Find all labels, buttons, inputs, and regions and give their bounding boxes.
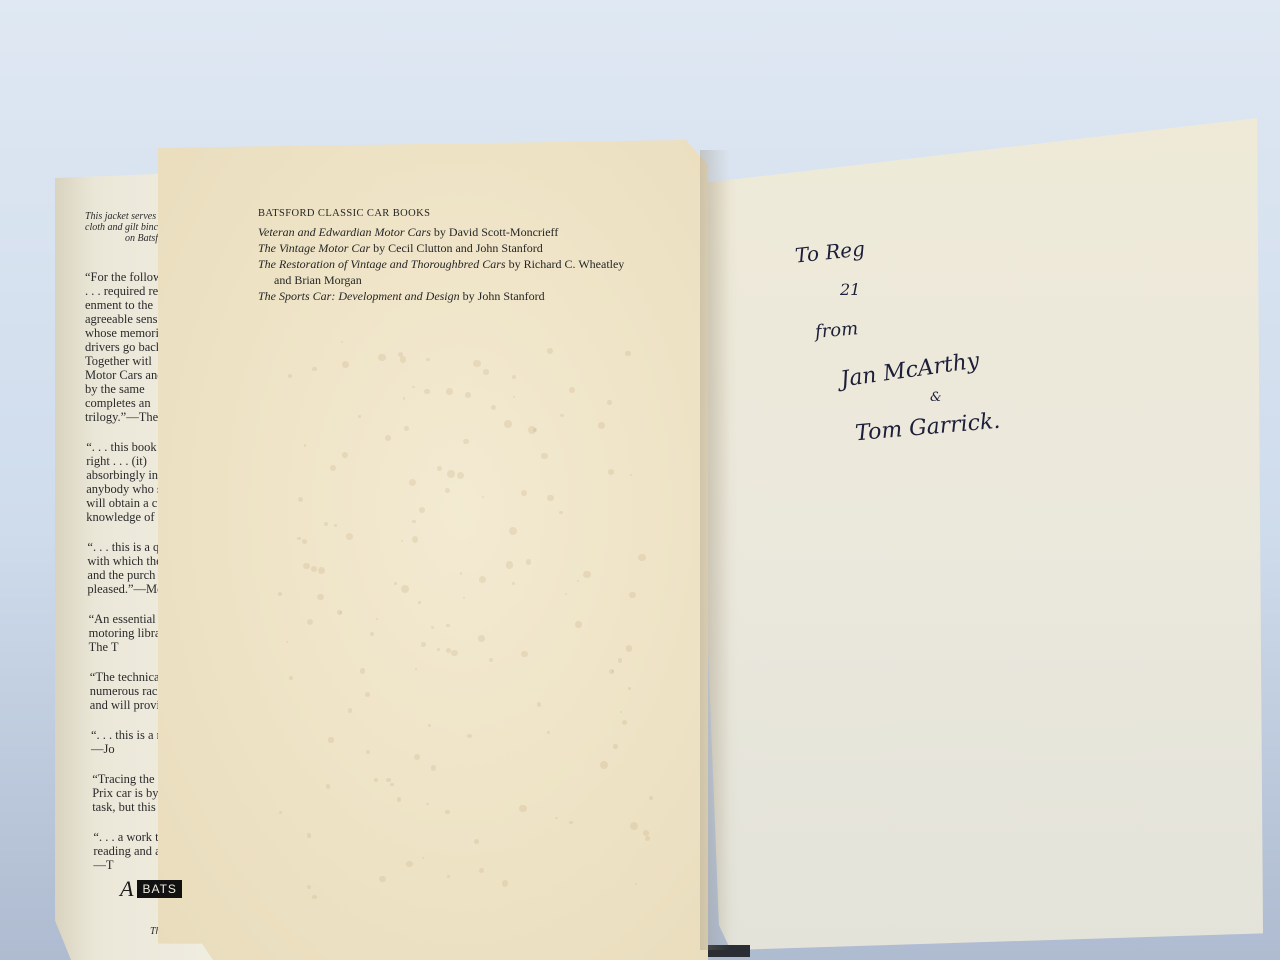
foxing-spot: [289, 676, 293, 680]
foxing-spot: [346, 533, 353, 540]
series-book-2: The Vintage Motor Car by Cecil Clutton a…: [258, 240, 624, 256]
book-gutter: [700, 150, 730, 950]
jacket-quote-line: “. . . this is a qu: [87, 540, 165, 554]
foxing-spot: [506, 561, 513, 568]
inscription-ampersand: &: [930, 390, 942, 405]
foxing-spot: [491, 405, 496, 410]
foxing-spot: [414, 754, 420, 760]
jacket-quote-line: trilogy.”—The T: [85, 410, 169, 424]
foxing-spot: [565, 593, 567, 595]
foxing-spot: [645, 836, 650, 841]
foxing-spot: [311, 566, 317, 572]
foxing-spot: [409, 479, 416, 486]
foxing-spot: [541, 453, 548, 460]
jacket-quote-line: drivers go back: [85, 340, 162, 354]
foxing-spot: [412, 536, 419, 543]
foxing-spot: [337, 610, 342, 615]
foxing-spot: [622, 720, 627, 725]
foxing-spot: [575, 621, 582, 628]
right-page-endpaper: [678, 118, 1263, 950]
foxing-spot: [431, 626, 435, 630]
jacket-quote-line: right . . . (it): [86, 454, 147, 468]
series-book-4: The Sports Car: Development and Design b…: [258, 288, 624, 304]
foxing-spot: [401, 540, 403, 542]
foxing-spot: [569, 821, 573, 825]
logo-box: BATS: [137, 880, 181, 898]
foxing-spot: [649, 796, 653, 800]
foxing-spot: [635, 883, 637, 885]
series-book-3-cont: and Brian Morgan: [258, 272, 624, 288]
foxing-spot: [424, 389, 430, 395]
foxing-spot: [630, 474, 632, 476]
foxing-spot: [547, 495, 554, 502]
foxing-spot: [403, 397, 406, 400]
foxing-spot: [419, 507, 425, 513]
foxing-spot: [445, 810, 450, 815]
foxing-spot: [397, 797, 401, 801]
foxing-spot: [342, 361, 349, 368]
foxing-spot: [342, 452, 348, 458]
jacket-quote-line: “. . . this book is: [86, 440, 168, 454]
foxing-spot: [625, 351, 630, 356]
foxing-spot: [607, 400, 612, 405]
foxing-spot: [394, 582, 397, 585]
foxing-spot: [521, 651, 527, 657]
foxing-spot: [279, 811, 282, 814]
foxing-spot: [330, 465, 336, 471]
foxing-spot: [463, 439, 468, 444]
foxing-spot: [609, 669, 614, 674]
jacket-quote-line: agreeable sense: [85, 312, 163, 326]
foxing-spot: [370, 632, 374, 636]
foxing-spot: [431, 765, 437, 771]
foxing-spot: [608, 469, 614, 475]
foxing-spot: [465, 392, 471, 398]
foxing-spot: [307, 619, 313, 625]
foxing-spot: [303, 563, 310, 570]
foxing-spot: [404, 426, 409, 431]
foxing-spot: [312, 895, 317, 900]
foxing-spot: [478, 635, 484, 641]
foxing-spot: [379, 876, 385, 882]
foxing-spot: [288, 374, 292, 378]
jacket-quote-line: completes an: [85, 396, 151, 410]
foxing-spot: [386, 778, 390, 782]
foxing-spot: [360, 668, 365, 673]
foxing-spot: [643, 830, 649, 836]
jacket-quote-line: . . . required re: [85, 284, 158, 298]
foxing-spot: [328, 737, 334, 743]
foxing-spot: [422, 857, 425, 860]
foxing-spot: [473, 360, 481, 368]
foxing-spot: [376, 618, 378, 620]
foxing-spot: [569, 387, 575, 393]
foxing-spot: [528, 426, 536, 434]
jacket-quote-line: with which the: [87, 554, 161, 568]
jacket-quote-line: and the purch: [87, 568, 155, 582]
foxing-spot: [428, 724, 431, 727]
series-book-3: The Restoration of Vintage and Thoroughb…: [258, 256, 624, 272]
foxing-spot: [451, 650, 457, 656]
jacket-quote-line: anybody who st: [86, 482, 165, 496]
foxing-spot: [555, 817, 558, 820]
foxing-spot: [358, 415, 361, 418]
foxing-spot: [526, 559, 531, 564]
foxing-spot: [600, 761, 608, 769]
foxing-spot: [400, 356, 406, 362]
foxing-spot: [502, 880, 508, 886]
foxing-spot: [365, 692, 370, 697]
foxing-spot: [460, 572, 463, 575]
foxing-spot: [445, 488, 450, 493]
jacket-quote-line: by the same: [85, 382, 145, 396]
foxing-spot: [638, 554, 645, 561]
foxing-spot: [390, 783, 393, 786]
jacket-quote-line: The T: [89, 640, 119, 654]
series-list: BATSFORD CLASSIC CAR BOOKS Veteran and E…: [258, 206, 624, 304]
foxing-spot: [366, 750, 370, 754]
foxing-spot: [447, 875, 450, 878]
foxing-spot: [378, 354, 385, 361]
foxing-spot: [630, 822, 638, 830]
jacket-quote-line: Together witl: [85, 354, 152, 368]
foxing-spot: [513, 396, 515, 398]
foxing-spot: [326, 784, 331, 789]
foxing-spot: [312, 367, 317, 372]
foxing-spot: [504, 420, 512, 428]
foxing-spot: [278, 592, 282, 596]
foxing-spot: [437, 466, 442, 471]
foxing-spot: [298, 497, 303, 502]
foxing-spot: [302, 539, 307, 544]
foxing-spot: [559, 511, 562, 514]
foxing-spot: [317, 594, 323, 600]
foxing-spot: [348, 708, 352, 712]
foxing-spot: [446, 388, 453, 395]
foxing-spot: [479, 868, 484, 873]
foxing-spot: [446, 624, 449, 627]
foxing-spot: [401, 585, 409, 593]
jacket-quote-line: Motor Cars and: [85, 368, 163, 382]
foxing-spot: [509, 527, 517, 535]
foxing-spot: [620, 711, 623, 714]
foxing-spot: [479, 576, 486, 583]
jacket-quote-line: —Jo: [91, 742, 115, 756]
inscription-age: 21: [840, 280, 860, 299]
foxing-spot: [467, 734, 471, 738]
foxing-spot: [626, 645, 633, 652]
foxing-spot: [374, 778, 379, 783]
foxing-spot: [483, 369, 489, 375]
series-book-1: Veteran and Edwardian Motor Cars by Davi…: [258, 224, 624, 240]
foxing-spot: [418, 601, 420, 603]
foxing-spot: [474, 839, 479, 844]
foxing-spot: [521, 490, 527, 496]
jacket-quote-line: —T: [93, 858, 113, 872]
jacket-quote-line: will obtain a c: [86, 496, 157, 510]
foxing-spot: [489, 658, 493, 662]
jacket-quote-line: “The technical: [90, 670, 163, 684]
left-page-series-list: BATSFORD CLASSIC CAR BOOKS Veteran and E…: [158, 140, 708, 960]
foxing-spot: [412, 386, 415, 389]
foxing-spot: [547, 731, 550, 734]
foxing-spot: [421, 642, 426, 647]
jacket-quote-line: “For the follow: [85, 270, 162, 284]
foxing-spot: [304, 444, 306, 446]
foxing-spot: [447, 470, 455, 478]
foxing-spot: [629, 592, 636, 599]
foxing-spot: [598, 422, 605, 429]
foxing-spot: [307, 833, 311, 837]
foxing-spot: [560, 414, 563, 417]
foxing-spot: [286, 641, 288, 643]
foxing-spot: [547, 348, 553, 354]
jacket-quote-line: “An essential: [89, 612, 156, 626]
foxing-spot: [334, 524, 337, 527]
foxing-spot: [463, 597, 465, 599]
jacket-quote-line: absorbingly int: [86, 468, 161, 482]
foxing-spot: [577, 580, 579, 582]
foxing-spot: [318, 567, 325, 574]
foxing-spot: [412, 520, 416, 524]
batsford-logo: A BATS: [120, 876, 182, 902]
jacket-quote-line: whose memories: [85, 326, 169, 340]
foxing-spot: [628, 687, 631, 690]
foxing-spot: [324, 522, 327, 525]
foxing-spot: [512, 582, 516, 586]
foxing-spot: [583, 571, 591, 579]
foxing-spot: [426, 803, 429, 806]
inscription-from: from: [814, 318, 859, 343]
foxing-spot: [341, 341, 344, 344]
foxing-spot: [297, 537, 300, 540]
series-heading: BATSFORD CLASSIC CAR BOOKS: [258, 206, 624, 222]
foxing-spot: [618, 658, 623, 663]
foxing-spot: [457, 472, 464, 479]
logo-letter: A: [120, 876, 133, 902]
foxing-spot: [426, 358, 429, 361]
foxing-spot: [613, 744, 618, 749]
foxing-spot: [482, 496, 484, 498]
foxing-spot: [512, 375, 516, 379]
foxing-spot: [415, 668, 417, 670]
foxing-spot: [537, 702, 541, 706]
foxing-spot: [385, 435, 391, 441]
foxing-spot: [406, 861, 412, 867]
foxing-spot: [437, 648, 440, 651]
foxing-spot: [519, 805, 527, 813]
jacket-quote-line: enment to the: [85, 298, 153, 312]
foxing-spot: [307, 885, 312, 890]
